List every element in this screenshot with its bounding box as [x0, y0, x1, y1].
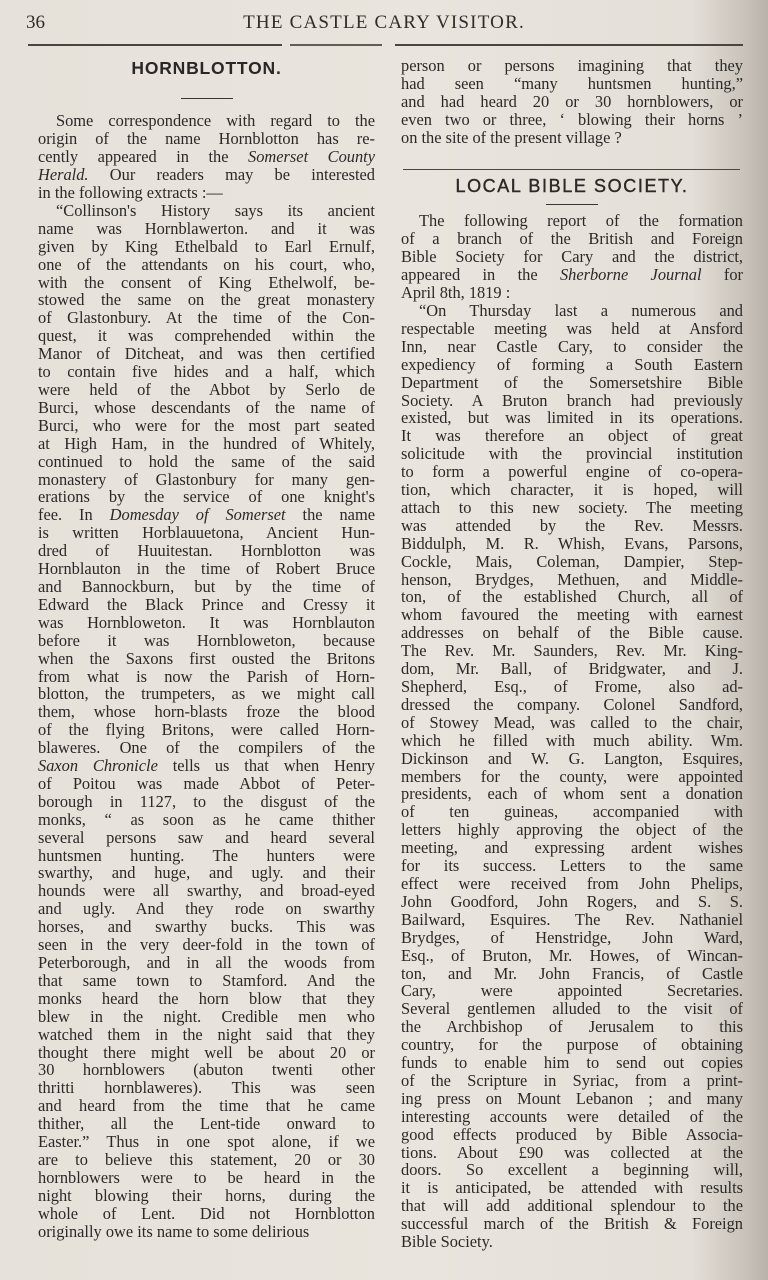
text-line: from what is now the Parish of Horn-: [38, 668, 375, 686]
text-line: successful march of the British & Foreig…: [401, 1215, 743, 1233]
text-line: had seen “many huntsmen hunting,”: [401, 75, 743, 93]
text-line: Saxon Chronicle tells us that when Henry: [38, 757, 375, 775]
text-line: letters highly approving the object of t…: [401, 821, 743, 839]
text-line: of the flying Britons, were called Horn-: [38, 721, 375, 739]
text-line: addresses on behalf of the Bible cause.: [401, 624, 743, 642]
text-line: funds to enable him to send out copies: [401, 1054, 743, 1072]
text-line: Shepherd, Esq., of Frome, also ad-: [401, 678, 743, 696]
text-line: Dickinson and W. G. Langton, Esquires,: [401, 750, 743, 768]
text-line: originally owe its name to some deliriou…: [38, 1223, 375, 1241]
text-line: Brydges, of Henstridge, John Ward,: [401, 929, 743, 947]
column-left: HORNBLOTTON. Some correspondence with re…: [38, 56, 375, 1241]
section-rule: [403, 169, 740, 171]
text-line: Manor of Ditcheat, and was then certifie…: [38, 345, 375, 363]
text-line: at High Ham, in the hundred of Whitely,: [38, 435, 375, 453]
text-line: Department of the Somersetshire Bible: [401, 374, 743, 392]
text-line: whom favoured the meeting with earnest: [401, 606, 743, 624]
text-line: dred of Huuitestan. Hornblotton was: [38, 542, 375, 560]
text-line: on the site of the present village ?: [401, 129, 743, 147]
italic-title: Sherborne Journal: [560, 265, 702, 284]
text-line: origin of the name Hornblotton has re-: [38, 130, 375, 148]
text-line: Bible Society.: [401, 1233, 743, 1251]
text-line: is written Horblauuetona, Ancient Hun-: [38, 524, 375, 542]
text-line: given by King Ethelbald to Earl Ernulf,: [38, 238, 375, 256]
text-line: existed, but was limited in its operatio…: [401, 409, 743, 427]
text-line: and ugly. And they rode on swarthy: [38, 900, 375, 918]
title-separator: [181, 98, 233, 100]
text-line: of Stowey Mead, was called to the chair,: [401, 714, 743, 732]
article-body-hornblotton-continued: person or persons imagining that theyhad…: [401, 57, 743, 147]
text-line: of Poitou was made Abbot of Peter-: [38, 775, 375, 793]
running-title: THE CASTLE CARY VISITOR.: [0, 12, 768, 34]
text-line: that same town to Stamford. And the: [38, 972, 375, 990]
text-line: Esq., of Bruton, Mr. Howes, of Wincan-: [401, 947, 743, 965]
text-line: the Archbishop of Jerusalem to this: [401, 1018, 743, 1036]
text-line: and had heard 20 or 30 hornblowers, or: [401, 93, 743, 111]
italic-title: Saxon Chronicle: [38, 756, 158, 775]
text-line: for its success. Letters to the same: [401, 857, 743, 875]
text-line: were held of the Abbot by Serlo de: [38, 381, 375, 399]
text-line: John Goodford, John Rogers, and S. S.: [401, 893, 743, 911]
text-line: good effects produced by Bible Associa-: [401, 1126, 743, 1144]
text-line: them, whose horn-blasts froze the blood: [38, 703, 375, 721]
text-line: whole of Lent. Did not Hornblotton: [38, 1205, 375, 1223]
text-line: Bible Society for Cary and the district,: [401, 248, 743, 266]
text-line: swarthy, and huge, and ugly. and their: [38, 864, 375, 882]
text-line: respectable meeting was held at Ansford: [401, 320, 743, 338]
column-right: person or persons imagining that theyhad…: [401, 56, 743, 1251]
text-line: doors. So excellent a beginning will,: [401, 1161, 743, 1179]
italic-title: Herald.: [38, 165, 89, 184]
text-line: in the following extracts :—: [38, 184, 375, 202]
text-line: Society. A Bruton branch had previously: [401, 392, 743, 410]
text-line: Burci, who were for the most part seated: [38, 417, 375, 435]
text-line: one of the attendants on his court, who,: [38, 256, 375, 274]
text-line: fee. In Domesday of Somerset the name: [38, 506, 375, 524]
text-line: ing press on Mount Lebanon ; and many: [401, 1090, 743, 1108]
text-line: was attended by the Rev. Messrs.: [401, 517, 743, 535]
text-line: April 8th, 1819 :: [401, 284, 743, 302]
text-line: tions. About £90 was collected at the: [401, 1144, 743, 1162]
text-line: blew in the night. Credible men who: [38, 1008, 375, 1026]
text-line: thought there might well be about 20 or: [38, 1044, 375, 1062]
text-line: person or persons imagining that they: [401, 57, 743, 75]
italic-title: Domesday of Somerset: [110, 505, 286, 524]
text-line: effect were received from John Phelips,: [401, 875, 743, 893]
text-line: thritti hornblaweres). This was seen: [38, 1079, 375, 1097]
italic-title: Somerset County: [248, 147, 375, 166]
text-line: It was therefore an object of great: [401, 427, 743, 445]
text-line: presidents, each of whom sent a donation: [401, 785, 743, 803]
text-line: monastery of Glastonbury for many gen-: [38, 471, 375, 489]
article-body-bible-society: The following report of the formationof …: [401, 212, 743, 1251]
text-line: of a branch of the British and Foreign: [401, 230, 743, 248]
text-line: which he filled with much ability. Wm.: [401, 732, 743, 750]
text-line: country, for the purpose of obtaining: [401, 1036, 743, 1054]
text-line: cently appeared in the Somerset County: [38, 148, 375, 166]
text-line: hounds were all swarthy, and broad-eyed: [38, 882, 375, 900]
text-line: thither, all the Lent-tide onward to: [38, 1115, 375, 1133]
text-line: with the consent of King Ethelwolf, be-: [38, 274, 375, 292]
text-line: and Bannockburn, but by the time of: [38, 578, 375, 596]
text-line: dressed the company. Colonel Sandford,: [401, 696, 743, 714]
text-line: of the Scripture in Syriac, from a print…: [401, 1072, 743, 1090]
text-line: Edward the Black Prince and Cressy it: [38, 596, 375, 614]
text-line: Herald. Our readers may be interested: [38, 166, 375, 184]
page-header: 36 THE CASTLE CARY VISITOR.: [0, 8, 768, 38]
text-line: of Glastonbury. At the time of the Con-: [38, 309, 375, 327]
text-line: monks, “ as soon as he came thither: [38, 811, 375, 829]
text-line: “On Thursday last a numerous and: [401, 302, 743, 320]
header-rule-left: [28, 44, 282, 46]
text-line: meeting, and expressing ardent wishes: [401, 839, 743, 857]
text-line: ton, and Mr. John Francis, of Castle: [401, 965, 743, 983]
text-line: of ten guineas, accompanied with: [401, 803, 743, 821]
text-line: to form a powerful engine of co-opera-: [401, 463, 743, 481]
header-rule-left-tail: [290, 44, 382, 46]
text-line: Easter.” Thus in one spot alone, if we: [38, 1133, 375, 1151]
text-line: erations by the service of one knight's: [38, 488, 375, 506]
text-line: when the Saxons first ousted the Britons: [38, 650, 375, 668]
text-line: that will add additional splendour to th…: [401, 1197, 743, 1215]
text-line: Bailward, Esquires. The Rev. Nathaniel: [401, 911, 743, 929]
text-line: dom, Mr. Ball, of Bridgwater, and J.: [401, 660, 743, 678]
text-line: monks heard the horn blow that they: [38, 990, 375, 1008]
text-line: hornblowers were to be heard in the: [38, 1169, 375, 1187]
text-line: The Rev. Mr. Saunders, Rev. Mr. King-: [401, 642, 743, 660]
text-line: continued to hold the same of the said: [38, 453, 375, 471]
text-line: Biddulph, M. R. Whish, Evans, Parsons,: [401, 535, 743, 553]
text-line: appeared in the Sherborne Journal for: [401, 266, 743, 284]
text-line: are to believe this statement, 20 or 30: [38, 1151, 375, 1169]
header-rule-right: [395, 44, 503, 46]
text-line: it is anticipated, be attended with resu…: [401, 1179, 743, 1197]
text-line: ton, of the established Church, all of: [401, 588, 743, 606]
text-line: borough in 1127, to the disgust of the: [38, 793, 375, 811]
text-line: Burci, whose descendants of the name of: [38, 399, 375, 417]
article-title-bible-society: LOCAL BIBLE SOCIETY.: [401, 178, 743, 196]
title-separator: [546, 204, 598, 206]
text-line: “Collinson's History says its ancient: [38, 202, 375, 220]
text-line: blaweres. One of the compilers of the: [38, 739, 375, 757]
text-line: solicitude with the provincial instituti…: [401, 445, 743, 463]
text-line: 30 hornblowers (abuton twenti other: [38, 1061, 375, 1079]
article-body-hornblotton: Some correspondence with regard to theor…: [38, 112, 375, 1240]
text-line: tion, which character, it is hoped, will: [401, 481, 743, 499]
text-line: Inn, near Castle Cary, to consider the: [401, 338, 743, 356]
text-line: to contain five hides and a half, which: [38, 363, 375, 381]
text-line: several persons saw and heard several: [38, 829, 375, 847]
text-line: interesting accounts were detailed of th…: [401, 1108, 743, 1126]
header-rule-right-tail: [503, 44, 743, 46]
text-line: even two or three, ‘ blowing their horns…: [401, 111, 743, 129]
text-line: Hornblauton in the time of Robert Bruce: [38, 560, 375, 578]
text-line: watched them in the night said that they: [38, 1026, 375, 1044]
text-line: Several gentlemen alluded to the visit o…: [401, 1000, 743, 1018]
text-line: blotton, the trumpeters, as we might cal…: [38, 685, 375, 703]
text-line: Some correspondence with regard to the: [38, 112, 375, 130]
text-line: Peterborough, and in all the woods from: [38, 954, 375, 972]
text-line: stowed the same on the great monastery: [38, 291, 375, 309]
text-line: seen in the very deer-fold in the town o…: [38, 936, 375, 954]
text-line: expediency of forming a South Eastern: [401, 356, 743, 374]
text-line: quest, it was comprehended within the: [38, 327, 375, 345]
text-line: Cary, were appointed Secretaries.: [401, 982, 743, 1000]
article-title-hornblotton: HORNBLOTTON.: [38, 60, 375, 78]
text-line: and heard from the time that he came: [38, 1097, 375, 1115]
text-line: Cockle, Mais, Coleman, Dampier, Step-: [401, 553, 743, 571]
text-line: attach to this new society. The meeting: [401, 499, 743, 517]
text-line: The following report of the formation: [401, 212, 743, 230]
text-line: before it was Hornbloweton, because: [38, 632, 375, 650]
text-line: horses, and swarthy bucks. This was: [38, 918, 375, 936]
text-line: was Hornbloweton. It was Hornblauton: [38, 614, 375, 632]
text-line: members for the county, were appointed: [401, 768, 743, 786]
text-line: huntsmen hunting. The hunters were: [38, 847, 375, 865]
text-line: night blowing their horns, during the: [38, 1187, 375, 1205]
text-line: henson, Brydges, Methuen, and Middle-: [401, 571, 743, 589]
text-line: name was Hornblawerton. and it was: [38, 220, 375, 238]
